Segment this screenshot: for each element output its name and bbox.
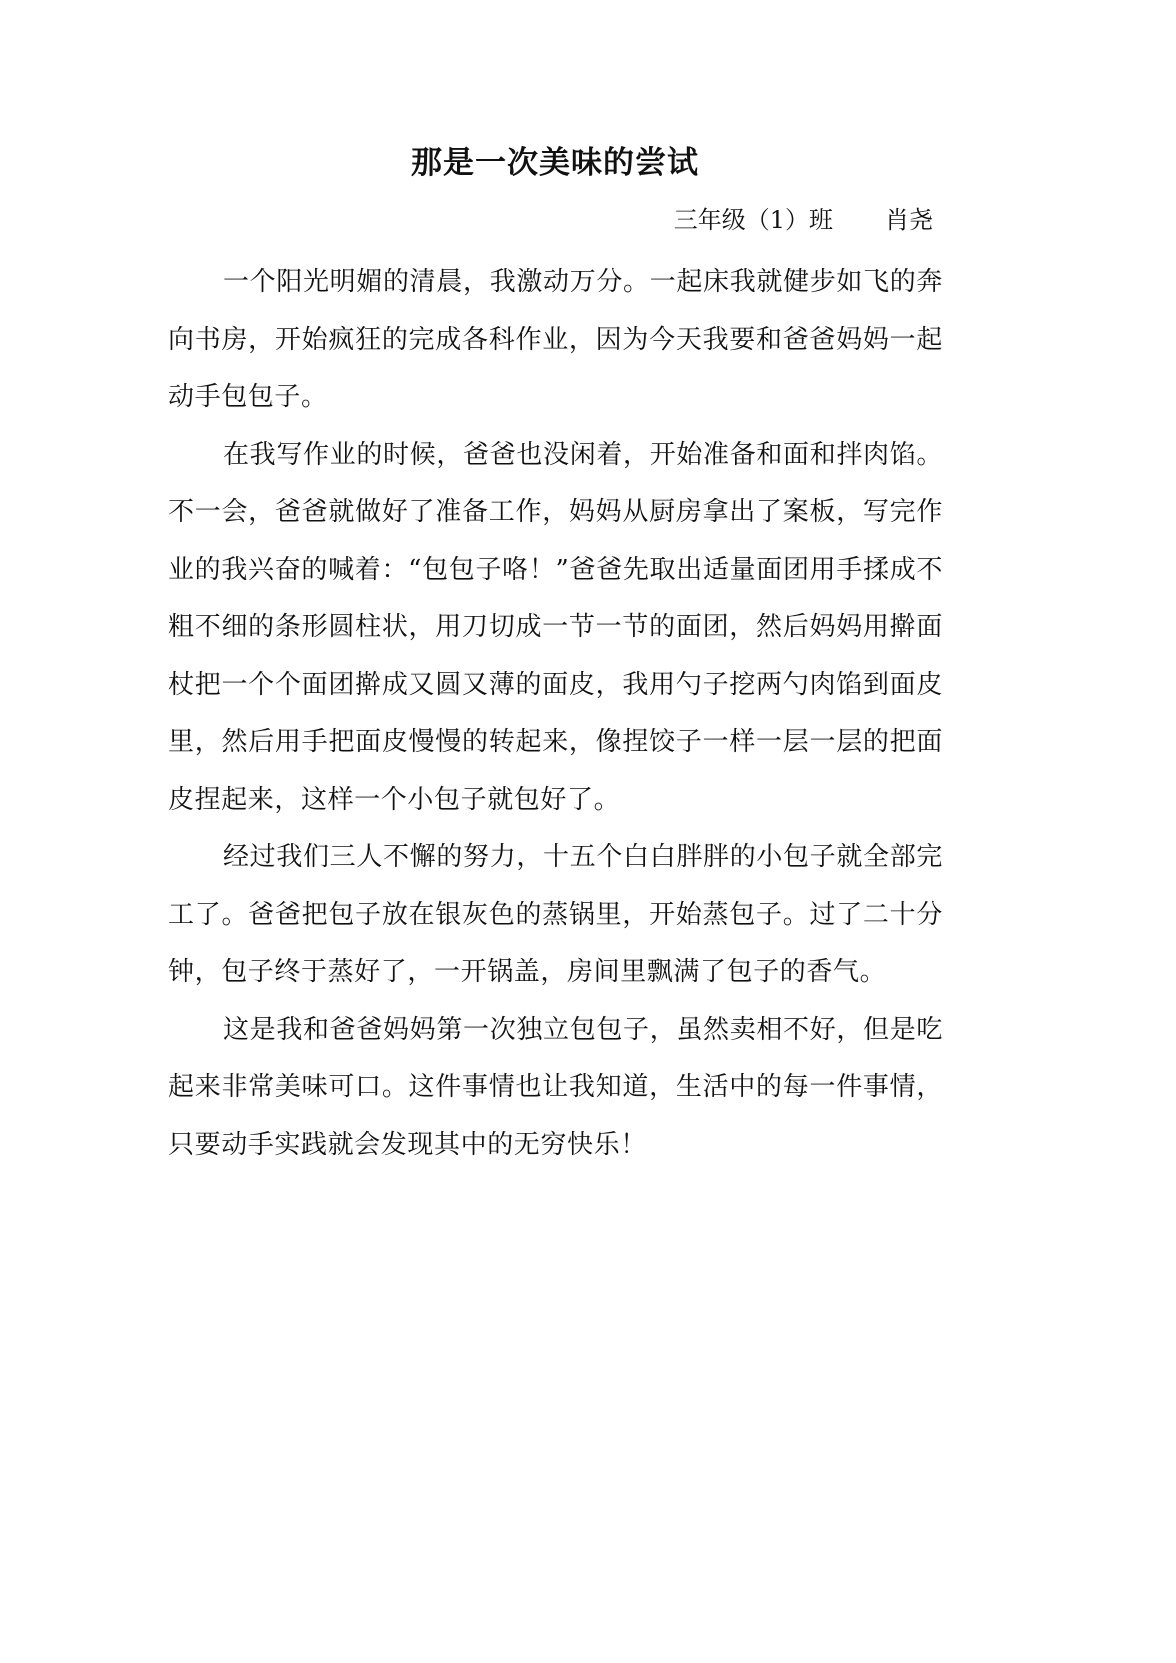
paragraph-3: 经过我们三人不懈的努力，十五个白白胖胖的小包子就全部完工了。爸爸把包子放在银灰色… xyxy=(168,829,943,1002)
author-name: 肖尧 xyxy=(885,206,933,234)
essay-title: 那是一次美味的尝试 xyxy=(0,140,1110,186)
byline: 三年级（1）班肖尧 xyxy=(674,200,933,240)
essay-body: 一个阳光明媚的清晨，我激动万分。一起床我就健步如飞的奔向书房，开始疯狂的完成各科… xyxy=(168,254,943,1174)
class-label: 三年级（1）班 xyxy=(674,206,833,234)
paragraph-1: 一个阳光明媚的清晨，我激动万分。一起床我就健步如飞的奔向书房，开始疯狂的完成各科… xyxy=(168,254,943,427)
paragraph-2: 在我写作业的时候，爸爸也没闲着，开始准备和面和拌肉馅。不一会，爸爸就做好了准备工… xyxy=(168,427,943,830)
paragraph-4: 这是我和爸爸妈妈第一次独立包包子，虽然卖相不好，但是吃起来非常美味可口。这件事情… xyxy=(168,1002,943,1175)
document-page: 那是一次美味的尝试 三年级（1）班肖尧 一个阳光明媚的清晨，我激动万分。一起床我… xyxy=(0,0,1176,1663)
